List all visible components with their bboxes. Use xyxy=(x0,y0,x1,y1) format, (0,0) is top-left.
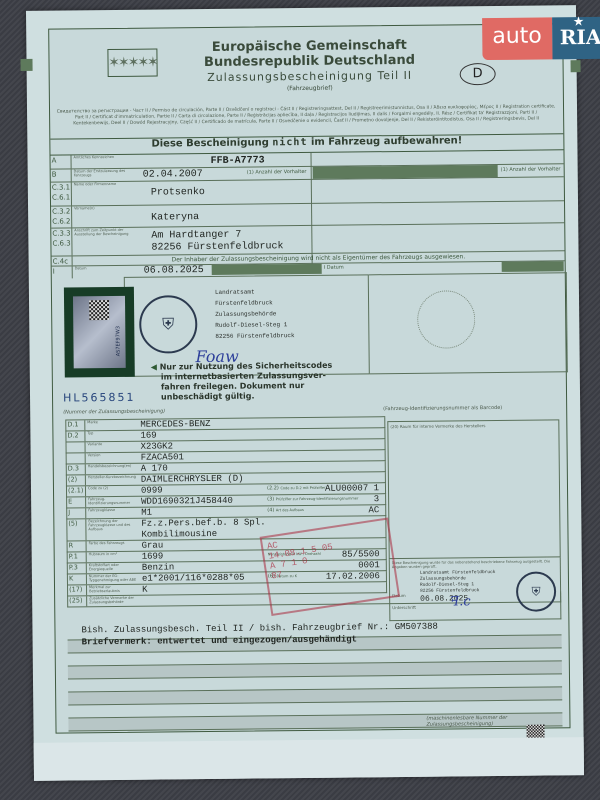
date-label-right: I Datum xyxy=(324,265,344,271)
field-label: Hersteller-Kurzbezeichnung xyxy=(85,475,137,486)
hologram-code: AS7EF97W3 xyxy=(115,326,121,356)
field-value: e1*2001/116*0288*05 xyxy=(142,573,245,584)
label-C4c xyxy=(72,256,132,266)
extra-field-label: (3) Prüfziffer zur Fahrzeug-Identifizier… xyxy=(267,495,358,502)
field-label: Nummer der EG-Typgenehmigung oder ABE xyxy=(86,574,138,585)
holder-street: Am Hardtanger 7 xyxy=(151,230,241,242)
code-B: B xyxy=(51,169,71,179)
field-value: MERCEDES-BENZ xyxy=(140,419,210,430)
bavarian-seal-icon: ⛨ xyxy=(139,295,198,354)
signature-label: Unterschrift xyxy=(392,605,416,610)
code-C33: C.3.3 C.6.3 xyxy=(51,228,71,248)
label-C32: Vorname(n) xyxy=(71,206,131,228)
code-A: A xyxy=(51,155,71,165)
warning-emphasis: nicht xyxy=(272,137,307,148)
country-code: D xyxy=(460,63,496,85)
bavarian-seal-icon: ⛨ xyxy=(516,571,556,611)
security-hologram: AS7EF97W3 xyxy=(64,287,135,378)
field-label: Variante xyxy=(85,442,137,453)
certificate-number: HL565851 xyxy=(63,391,136,405)
extra-field-label: (4) Art des Aufbaus xyxy=(267,507,304,513)
field-code: (17) xyxy=(68,585,86,593)
holder-city: 82256 Fürstenfeldbruck xyxy=(151,241,283,253)
field-code: D.1 xyxy=(66,420,84,428)
warning-pre: Diese Bescheinigung xyxy=(151,137,269,149)
field-value: DAIMLERCHRYSLER (D) xyxy=(141,474,244,485)
field-value: 1699 xyxy=(142,551,164,561)
field-label: Version xyxy=(85,453,137,464)
field-code: E xyxy=(67,497,85,505)
field-code: R xyxy=(68,541,86,549)
label-C33: Anschrift zum Zeitpunkt der Ausstellung … xyxy=(71,228,131,256)
field-label: Kraftstoffart oder Energiequelle xyxy=(86,563,138,574)
extra-field-value: ALU00007 1 xyxy=(325,483,379,494)
security-notice: ◀ Nur zur Nutzung des Sicherheitscodes i… xyxy=(151,361,333,403)
license-plate: FFB-A7773 xyxy=(211,155,265,167)
empty-seal-placeholder xyxy=(417,290,476,349)
field-label: Typ xyxy=(84,431,136,442)
code-C31: C.3.1 C.6.1 xyxy=(51,182,71,202)
field-label: Zusätzliche Vermerke der Zulassungsbehör… xyxy=(86,596,138,607)
green-bar xyxy=(212,264,322,275)
field-code: D.2 xyxy=(66,431,84,439)
registration-document: ✶✶✶✶✶ Europäische Gemeinschaft Bundesrep… xyxy=(26,5,584,781)
watermark-auto: auto xyxy=(482,17,552,60)
authority-address: Landratsamt Fürstenfeldbruck Zulassungsb… xyxy=(215,286,295,342)
security-code-icon xyxy=(89,300,109,320)
issue-date: 06.08.2025 xyxy=(144,265,204,277)
prev-holders-label: (1) Anzahl der Vorhalter xyxy=(247,169,307,176)
field-label: Handelsbezeichnung(en) xyxy=(85,464,137,475)
remarks-section: Bish. Zulassungsbesch. Teil II / bish. F… xyxy=(67,622,561,627)
field-value: FZACA501 xyxy=(141,452,184,462)
manufacturer-notes-box: (20) Raum für interne Vermerke des Herst… xyxy=(387,419,560,559)
authority-lines: Landratsamt Fürstenfeldbruck Zulassungsb… xyxy=(420,570,496,595)
field-code: (2.1) xyxy=(67,486,85,494)
field-value: Fz.z.Pers.bef.b. 8 Spl. xyxy=(141,517,265,528)
field-value: 169 xyxy=(140,431,156,441)
label-B: Datum der Erstzulassung des Fahrzeugs xyxy=(71,169,131,182)
holder-surname: Protsenko xyxy=(151,187,205,199)
title-line4: (Fahrzeugbrief) xyxy=(170,83,450,93)
field-label: Bezeichnung der Fahrzeugklasse und des A… xyxy=(85,519,137,541)
field-value: X23GK2 xyxy=(141,441,174,451)
green-tab-right xyxy=(571,60,581,72)
label-A: Amtliches Kennzeichen xyxy=(70,155,130,169)
field-code: P.3 xyxy=(68,563,86,571)
authority-caption: Diese Bescheinigung wurde für das nebens… xyxy=(390,557,560,571)
prev-holders-label-right: (1) Anzahl der Vorhalter xyxy=(501,166,561,173)
extra-field-value: 3 xyxy=(374,494,380,504)
field-value: WDD1690321J458440 xyxy=(141,496,233,507)
code-C4c: C.4c xyxy=(52,256,72,266)
datamatrix-code-icon xyxy=(526,725,544,743)
manufacturer-notes-caption: (20) Raum für interne Vermerke des Herst… xyxy=(388,420,558,431)
field-label: Farbe des Fahrzeugs xyxy=(86,541,138,552)
field-code: (25) xyxy=(68,596,86,604)
arrow-left-icon: ◀ xyxy=(151,363,157,372)
title-block: Europäische Gemeinschaft Bundesrepublik … xyxy=(169,37,450,93)
field-label: Fahrzeug-Identifizierungsnummer xyxy=(85,497,137,508)
field-value: M1 xyxy=(141,508,152,518)
field-code: (2) xyxy=(67,475,85,483)
warning-post: im Fahrzeug aufbewahren! xyxy=(311,135,463,148)
green-bar xyxy=(313,165,498,179)
field-value: 0999 xyxy=(141,485,163,495)
certificate-number-caption: (Nummer der Zulassungsbescheinigung) xyxy=(63,408,165,415)
field-value: Kombilimousine xyxy=(141,529,217,540)
eu-flag-icon: ✶✶✶✶✶ xyxy=(107,49,157,78)
field-code: J xyxy=(67,508,85,516)
title-line2: Bundesrepublik Deutschland xyxy=(169,52,449,70)
code-C32: C.3.2 C.6.2 xyxy=(51,206,71,226)
label-C31: Name oder Firmenname xyxy=(71,182,131,206)
field-value: K xyxy=(142,585,148,595)
field-code: K xyxy=(68,574,86,582)
green-tab-left xyxy=(20,59,32,71)
field-value: A 170 xyxy=(141,463,168,473)
field-code: D.3 xyxy=(67,464,85,472)
first-registration-date: 02.04.2007 xyxy=(143,169,203,181)
watermark-ria: ★RIA xyxy=(552,17,600,60)
field-label: Merkmal zur Betriebserlaubnis xyxy=(86,585,138,596)
multilingual-title: Свидетелство за регистрация - Част II / … xyxy=(56,104,556,127)
field-label: Code zu (2) xyxy=(85,486,137,497)
field-code: P.1 xyxy=(68,552,86,560)
holder-first-name: Kateryna xyxy=(151,212,199,224)
field-value: Grau xyxy=(142,540,164,550)
authority-certification-box: Diese Bescheinigung wurde für das nebens… xyxy=(389,557,562,621)
extra-field-label: (2.2) Code zu D.2 mit Prüfziffer xyxy=(267,485,326,492)
title-line3: Zulassungsbescheinigung Teil II xyxy=(170,68,450,84)
label-I: Datum xyxy=(72,266,132,279)
field-label: Hubraum in cm³ xyxy=(86,552,138,563)
field-value: Benzin xyxy=(142,562,175,572)
authority-signature: ꟻ.c xyxy=(450,594,471,609)
form-sheet: ✶✶✶✶✶ Europäische Gemeinschaft Bundesrep… xyxy=(48,23,570,733)
field-label: Marke xyxy=(84,420,136,431)
code-I: I xyxy=(52,266,72,276)
field-code: (5) xyxy=(67,519,85,527)
second-holder-box xyxy=(369,272,568,374)
star-icon: ★ xyxy=(574,15,584,28)
autoria-watermark: auto ★RIA xyxy=(482,17,600,60)
machine-readable-caption: (maschinenlesbare Nummer der Zulassungsb… xyxy=(426,714,569,727)
vehicle-data-table: D.1MarkeMERCEDES-BENZD.2Typ169VarianteX2… xyxy=(65,416,385,420)
green-bar xyxy=(502,261,564,272)
extra-field-value: AC xyxy=(368,505,379,515)
field-label: Fahrzeugklasse xyxy=(85,508,137,519)
barcode-caption: (Fahrzeug-Identifizierungsnummer als Bar… xyxy=(383,405,502,412)
